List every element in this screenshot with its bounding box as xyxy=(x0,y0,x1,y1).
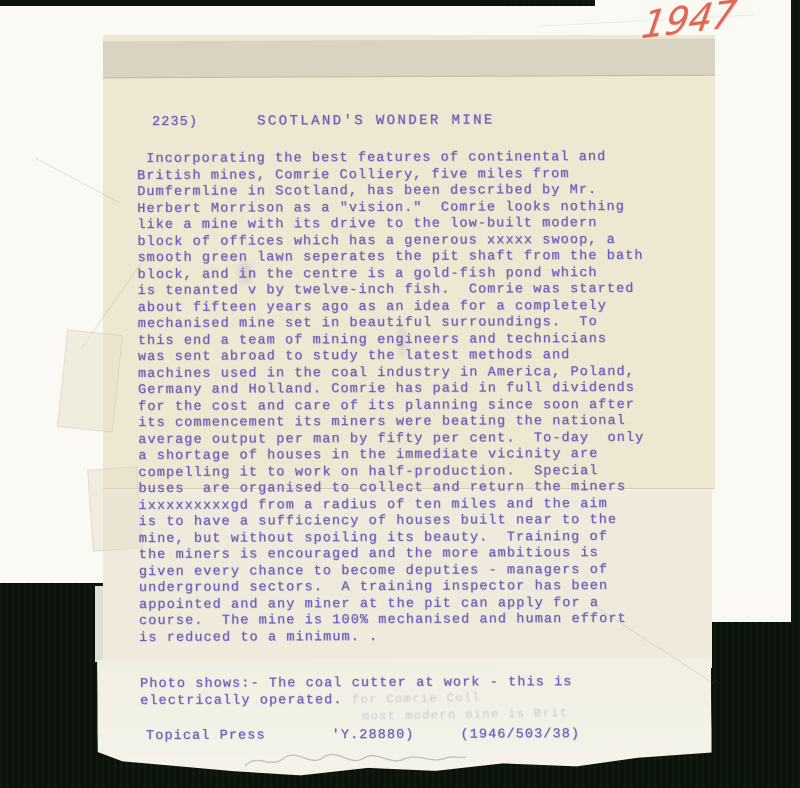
clear-tape-piece xyxy=(57,329,123,432)
paper-strip-top-edge xyxy=(103,39,715,79)
photo-top-edge xyxy=(0,0,595,6)
photo-caption-text: Photo shows:- The coal cutter at work - … xyxy=(140,674,573,710)
photographed-press-caption-sheet: 2235)SCOTLAND'S WONDER MINE Incorporatin… xyxy=(0,0,800,788)
document-header: 2235)SCOTLAND'S WONDER MINE xyxy=(152,113,495,132)
press-agency-name: Topical Press xyxy=(146,728,266,744)
clear-tape-piece xyxy=(87,466,143,551)
document-footer: Topical Press'Y.28880)(1946/503/38) xyxy=(146,727,580,745)
document-body-text: Incorporating the best features of conti… xyxy=(137,150,645,647)
background-paper-right xyxy=(705,6,791,622)
document-ref-number: 2235) xyxy=(152,115,198,130)
negative-reference: 'Y.28880) xyxy=(332,728,415,743)
date-code: (1946/503/38) xyxy=(460,727,580,743)
pencil-scribble-decoration xyxy=(240,746,470,774)
document-title: SCOTLAND'S WONDER MINE xyxy=(257,113,495,130)
